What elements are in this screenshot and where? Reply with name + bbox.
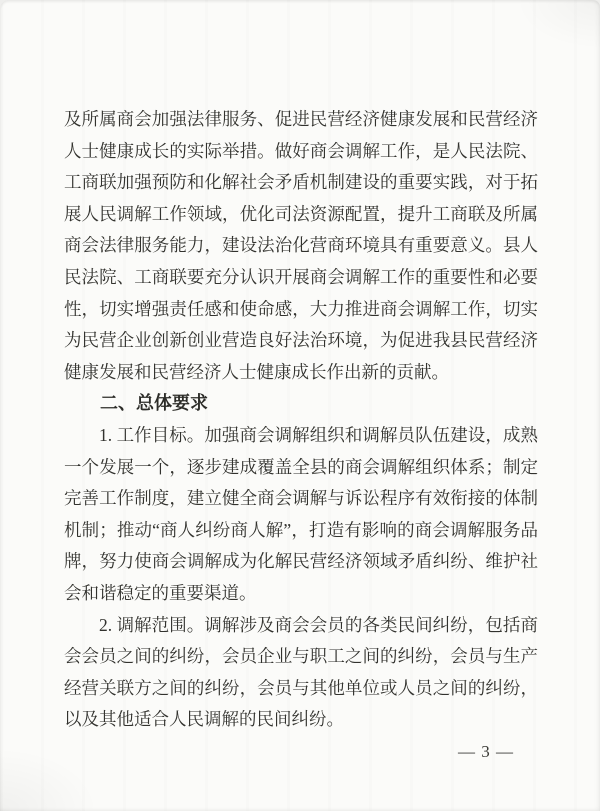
scanned-document-page: 及所属商会加强法律服务、促进民营经济健康发展和民营经济人士健康成长的实际举措。做… — [0, 0, 600, 811]
document-body: 及所属商会加强法律服务、促进民营经济健康发展和民营经济人士健康成长的实际举措。做… — [64, 104, 538, 736]
paragraph-mediation-scope: 2. 调解范围。调解涉及商会会员的各类民间纠纷，包括商会会员之间的纠纷，会员企业… — [64, 610, 538, 736]
section-heading: 二、总体要求 — [64, 388, 538, 420]
page-number: — 3 — — [458, 742, 514, 762]
paragraph-continuation: 及所属商会加强法律服务、促进民营经济健康发展和民营经济人士健康成长的实际举措。做… — [64, 104, 538, 388]
paragraph-work-goal: 1. 工作目标。加强商会调解组织和调解员队伍建设，成熟一个发展一个，逐步建成覆盖… — [64, 420, 538, 610]
